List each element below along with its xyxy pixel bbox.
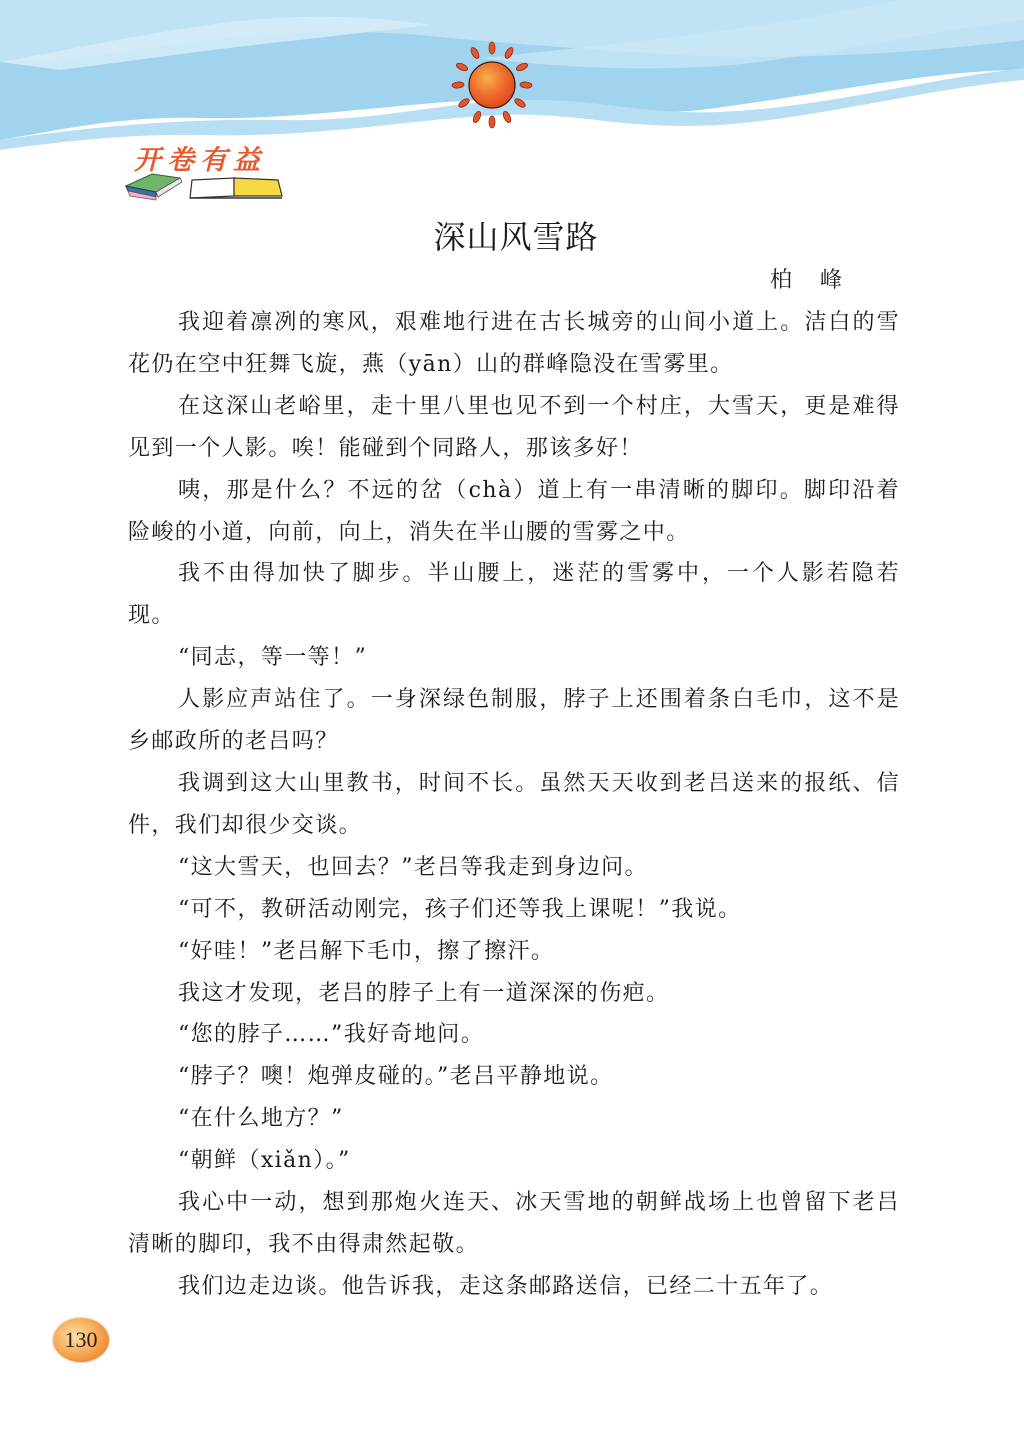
article-body: 我迎着凛冽的寒风，艰难地行进在古长城旁的山间小道上。洁白的雪花仍在空中狂舞飞旋，…	[128, 302, 900, 1308]
page-number-badge: 130	[53, 1318, 109, 1362]
dialogue-line: “您的脖子……”我好奇地问。	[128, 1014, 900, 1056]
section-badge: 开卷有益	[122, 138, 302, 202]
paragraph: 我调到这大山里教书，时间不长。虽然天天收到老吕送来的报纸、信件，我们却很少交谈。	[128, 763, 900, 847]
section-title: 开卷有益	[134, 138, 266, 177]
sun-icon	[447, 40, 537, 130]
dialogue-line: “这大雪天，也回去？”老吕等我走到身边问。	[128, 847, 900, 889]
dialogue-line: “同志，等一等！”	[128, 637, 900, 679]
dialogue-line: “脖子？噢！炮弹皮碰的。”老吕平静地说。	[128, 1056, 900, 1098]
article-author: 柏峰	[770, 263, 870, 294]
paragraph: 在这深山老峪里，走十里八里也见不到一个村庄，大雪天，更是难得见到一个人影。唉！能…	[128, 386, 900, 470]
paragraph: 我不由得加快了脚步。半山腰上，迷茫的雪雾中，一个人影若隐若现。	[128, 553, 900, 637]
page-number: 130	[65, 1327, 98, 1353]
dialogue-line: “可不，教研活动刚完，孩子们还等我上课呢！”我说。	[128, 889, 900, 931]
paragraph: 人影应声站住了。一身深绿色制服，脖子上还围着条白毛巾，这不是乡邮政所的老吕吗？	[128, 679, 900, 763]
dialogue-line: “好哇！”老吕解下毛巾，擦了擦汗。	[128, 931, 900, 973]
dialogue-line: “朝鲜（xiǎn）。”	[128, 1140, 900, 1182]
paragraph: 我迎着凛冽的寒风，艰难地行进在古长城旁的山间小道上。洁白的雪花仍在空中狂舞飞旋，…	[128, 302, 900, 386]
article-title: 深山风雪路	[0, 212, 1024, 258]
paragraph: 咦，那是什么？不远的岔（chà）道上有一串清晰的脚印。脚印沿着险峻的小道，向前，…	[128, 470, 900, 554]
paragraph: 我心中一动，想到那炮火连天、冰天雪地的朝鲜战场上也曾留下老吕清晰的脚印，我不由得…	[128, 1182, 900, 1266]
paragraph: 我们边走边谈。他告诉我，走这条邮路送信，已经二十五年了。	[128, 1266, 900, 1308]
dialogue-line: “在什么地方？”	[128, 1098, 900, 1140]
paragraph: 我这才发现，老吕的脖子上有一道深深的伤疤。	[128, 973, 900, 1015]
